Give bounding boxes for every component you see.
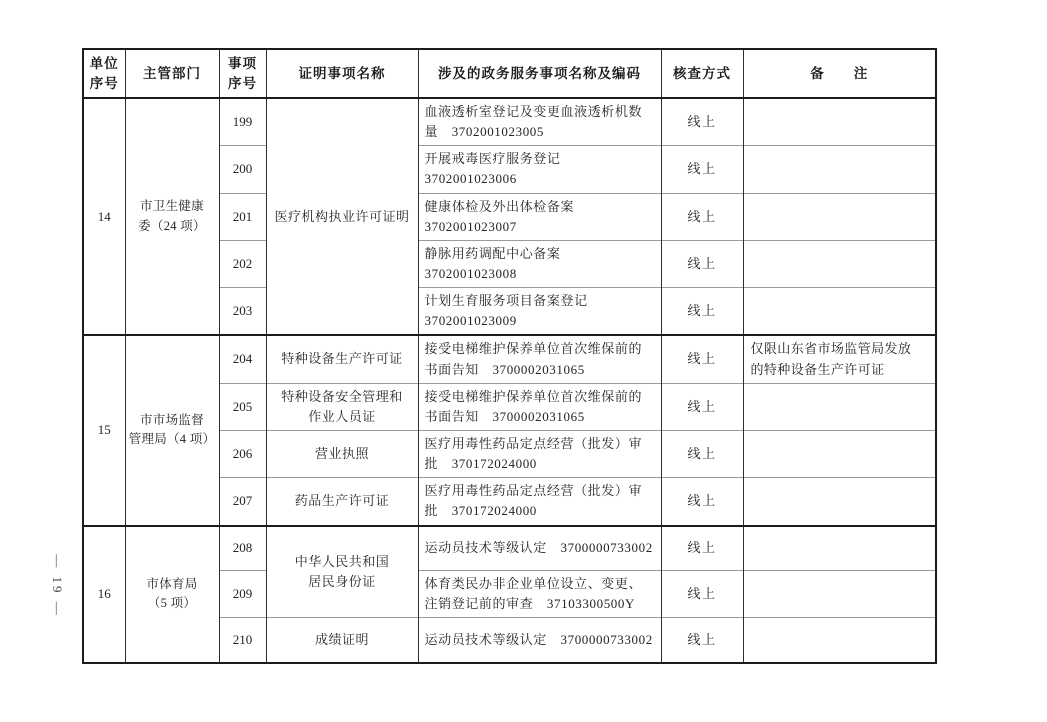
cell-method: 线上 xyxy=(661,430,743,477)
cell-cert-name: 营业执照 xyxy=(266,430,418,477)
header-remark: 备 注 xyxy=(743,49,936,98)
table-row: 14 市卫生健康 委（24 项） 199 医疗机构执业许可证明 血液透析室登记及… xyxy=(83,98,936,146)
cell-service: 运动员技术等级认定 3700000733002 xyxy=(418,526,661,571)
cell-method: 线上 xyxy=(661,383,743,430)
cell-method: 线上 xyxy=(661,193,743,240)
table-row: 16 市体育局 （5 项） 208 中华人民共和国 居民身份证 运动员技术等级认… xyxy=(83,526,936,571)
cell-service: 计划生育服务项目备案登记 3702001023009 xyxy=(418,288,661,336)
cell-remark: 仅限山东省市场监管局发放 的特种设备生产许可证 xyxy=(743,335,936,383)
cell-item-no: 201 xyxy=(219,193,266,240)
cell-item-no: 210 xyxy=(219,618,266,663)
cell-remark xyxy=(743,193,936,240)
cell-remark xyxy=(743,478,936,526)
header-item-no: 事项 序号 xyxy=(219,49,266,98)
cell-method: 线上 xyxy=(661,98,743,146)
cell-remark xyxy=(743,526,936,571)
cell-remark xyxy=(743,288,936,336)
cell-item-no: 207 xyxy=(219,478,266,526)
cell-service: 健康体检及外出体检备案 3702001023007 xyxy=(418,193,661,240)
cell-method: 线上 xyxy=(661,335,743,383)
cell-item-no: 202 xyxy=(219,240,266,287)
header-method: 核查方式 xyxy=(661,49,743,98)
cell-service: 开展戒毒医疗服务登记 3702001023006 xyxy=(418,146,661,193)
cell-item-no: 199 xyxy=(219,98,266,146)
cell-department: 市市场监督 管理局（4 项） xyxy=(125,335,219,525)
cell-department: 市卫生健康 委（24 项） xyxy=(125,98,219,335)
cell-item-no: 200 xyxy=(219,146,266,193)
cell-item-no: 204 xyxy=(219,335,266,383)
cell-remark xyxy=(743,146,936,193)
cell-service: 医疗用毒性药品定点经营（批发）审 批 370172024000 xyxy=(418,430,661,477)
cell-item-no: 206 xyxy=(219,430,266,477)
cell-service: 血液透析室登记及变更血液透析机数 量 3702001023005 xyxy=(418,98,661,146)
cell-department: 市体育局 （5 项） xyxy=(125,526,219,663)
cell-cert-name: 中华人民共和国 居民身份证 xyxy=(266,526,418,618)
cell-service: 体育类民办非企业单位设立、变更、 注销登记前的审查 37103300500Y xyxy=(418,571,661,618)
cell-method: 线上 xyxy=(661,288,743,336)
header-department: 主管部门 xyxy=(125,49,219,98)
cell-remark xyxy=(743,430,936,477)
cell-service: 医疗用毒性药品定点经营（批发）审 批 370172024000 xyxy=(418,478,661,526)
cell-unit-no: 14 xyxy=(83,98,125,335)
cell-method: 线上 xyxy=(661,240,743,287)
header-cert-name: 证明事项名称 xyxy=(266,49,418,98)
cell-cert-name: 特种设备生产许可证 xyxy=(266,335,418,383)
document-page: — 19 — 单位 序号 主管部门 事项 序号 证明事项名称 涉及的政务服务事项… xyxy=(0,0,1047,722)
cell-item-no: 205 xyxy=(219,383,266,430)
certificate-items-table: 单位 序号 主管部门 事项 序号 证明事项名称 涉及的政务服务事项名称及编码 核… xyxy=(82,48,937,664)
cell-unit-no: 15 xyxy=(83,335,125,525)
cell-remark xyxy=(743,240,936,287)
cell-service: 运动员技术等级认定 3700000733002 xyxy=(418,618,661,663)
cell-method: 线上 xyxy=(661,526,743,571)
cell-unit-no: 16 xyxy=(83,526,125,663)
page-number: — 19 — xyxy=(49,526,65,646)
cell-remark xyxy=(743,98,936,146)
cell-method: 线上 xyxy=(661,571,743,618)
header-unit-no: 单位 序号 xyxy=(83,49,125,98)
cell-method: 线上 xyxy=(661,146,743,193)
header-service: 涉及的政务服务事项名称及编码 xyxy=(418,49,661,98)
cell-remark xyxy=(743,618,936,663)
cell-service: 接受电梯维护保养单位首次维保前的 书面告知 3700002031065 xyxy=(418,383,661,430)
cell-service: 静脉用药调配中心备案 3702001023008 xyxy=(418,240,661,287)
cell-remark xyxy=(743,571,936,618)
cell-method: 线上 xyxy=(661,618,743,663)
table-row: 15 市市场监督 管理局（4 项） 204 特种设备生产许可证 接受电梯维护保养… xyxy=(83,335,936,383)
cell-cert-name: 药品生产许可证 xyxy=(266,478,418,526)
cell-cert-name: 医疗机构执业许可证明 xyxy=(266,98,418,335)
cell-item-no: 203 xyxy=(219,288,266,336)
cell-item-no: 209 xyxy=(219,571,266,618)
cell-item-no: 208 xyxy=(219,526,266,571)
header-row: 单位 序号 主管部门 事项 序号 证明事项名称 涉及的政务服务事项名称及编码 核… xyxy=(83,49,936,98)
cell-cert-name: 成绩证明 xyxy=(266,618,418,663)
cell-service: 接受电梯维护保养单位首次维保前的 书面告知 3700002031065 xyxy=(418,335,661,383)
cell-cert-name: 特种设备安全管理和 作业人员证 xyxy=(266,383,418,430)
cell-method: 线上 xyxy=(661,478,743,526)
cell-remark xyxy=(743,383,936,430)
